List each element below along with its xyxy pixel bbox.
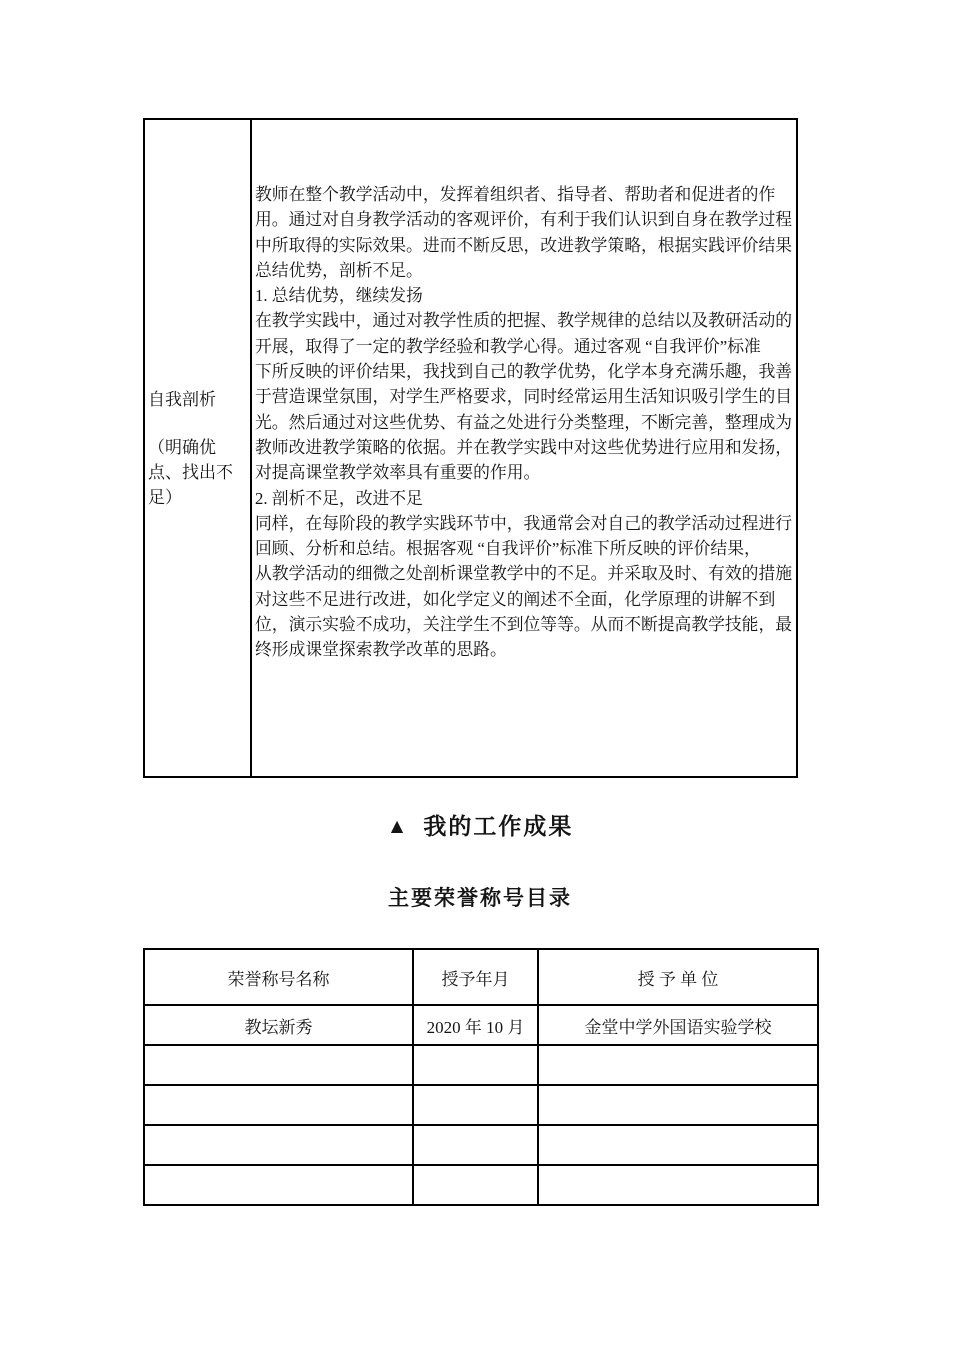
honor-date-cell xyxy=(413,1045,538,1085)
table-row: 教坛新秀 2020 年 10 月 金堂中学外国语实验学校 xyxy=(144,1005,818,1045)
honor-date-cell xyxy=(413,1165,538,1205)
honor-unit-cell: 金堂中学外国语实验学校 xyxy=(538,1005,818,1045)
honor-name-cell xyxy=(144,1045,413,1085)
honors-header-date: 授予年月 xyxy=(413,949,538,1005)
table-row xyxy=(144,1045,818,1085)
honors-header-row: 荣誉称号名称 授予年月 授 予 单 位 xyxy=(144,949,818,1005)
table-row xyxy=(144,1085,818,1125)
honor-unit-cell xyxy=(538,1085,818,1125)
table-row xyxy=(144,1125,818,1165)
self-analysis-label-title: 自我剖析 xyxy=(148,387,248,412)
self-analysis-label-note: （明确优点、找出不足） xyxy=(148,435,248,510)
honor-date-cell xyxy=(413,1125,538,1165)
honor-unit-cell xyxy=(538,1165,818,1205)
honors-header-name: 荣誉称号名称 xyxy=(144,949,413,1005)
honor-unit-cell xyxy=(538,1045,818,1085)
self-analysis-label-cell: 自我剖析 （明确优点、找出不足） xyxy=(145,120,252,776)
honors-header-unit: 授 予 单 位 xyxy=(538,949,818,1005)
self-analysis-content-cell: 教师在整个教学活动中，发挥着组织者、指导者、帮助者和促进者的作 用。通过对自身教… xyxy=(252,120,807,776)
self-analysis-content-text: 教师在整个教学活动中，发挥着组织者、指导者、帮助者和促进者的作 用。通过对自身教… xyxy=(255,182,803,663)
honor-date-cell: 2020 年 10 月 xyxy=(413,1005,538,1045)
table-row xyxy=(144,1165,818,1205)
triangle-marker-icon: ▲ xyxy=(387,814,410,838)
document-page: 自我剖析 （明确优点、找出不足） 教师在整个教学活动中，发挥着组织者、指导者、帮… xyxy=(0,0,960,1357)
honor-name-cell xyxy=(144,1125,413,1165)
section-heading-title: 我的工作成果 xyxy=(423,814,573,839)
section-heading: ▲我的工作成果 xyxy=(143,808,817,841)
honor-name-cell: 教坛新秀 xyxy=(144,1005,413,1045)
honor-name-cell xyxy=(144,1165,413,1205)
honors-subheading: 主要荣誉称号目录 xyxy=(143,882,817,912)
honors-table: 荣誉称号名称 授予年月 授 予 单 位 教坛新秀 2020 年 10 月 金堂中… xyxy=(143,948,819,1206)
self-analysis-table: 自我剖析 （明确优点、找出不足） 教师在整个教学活动中，发挥着组织者、指导者、帮… xyxy=(143,118,798,778)
honor-date-cell xyxy=(413,1085,538,1125)
honor-unit-cell xyxy=(538,1125,818,1165)
honor-name-cell xyxy=(144,1085,413,1125)
